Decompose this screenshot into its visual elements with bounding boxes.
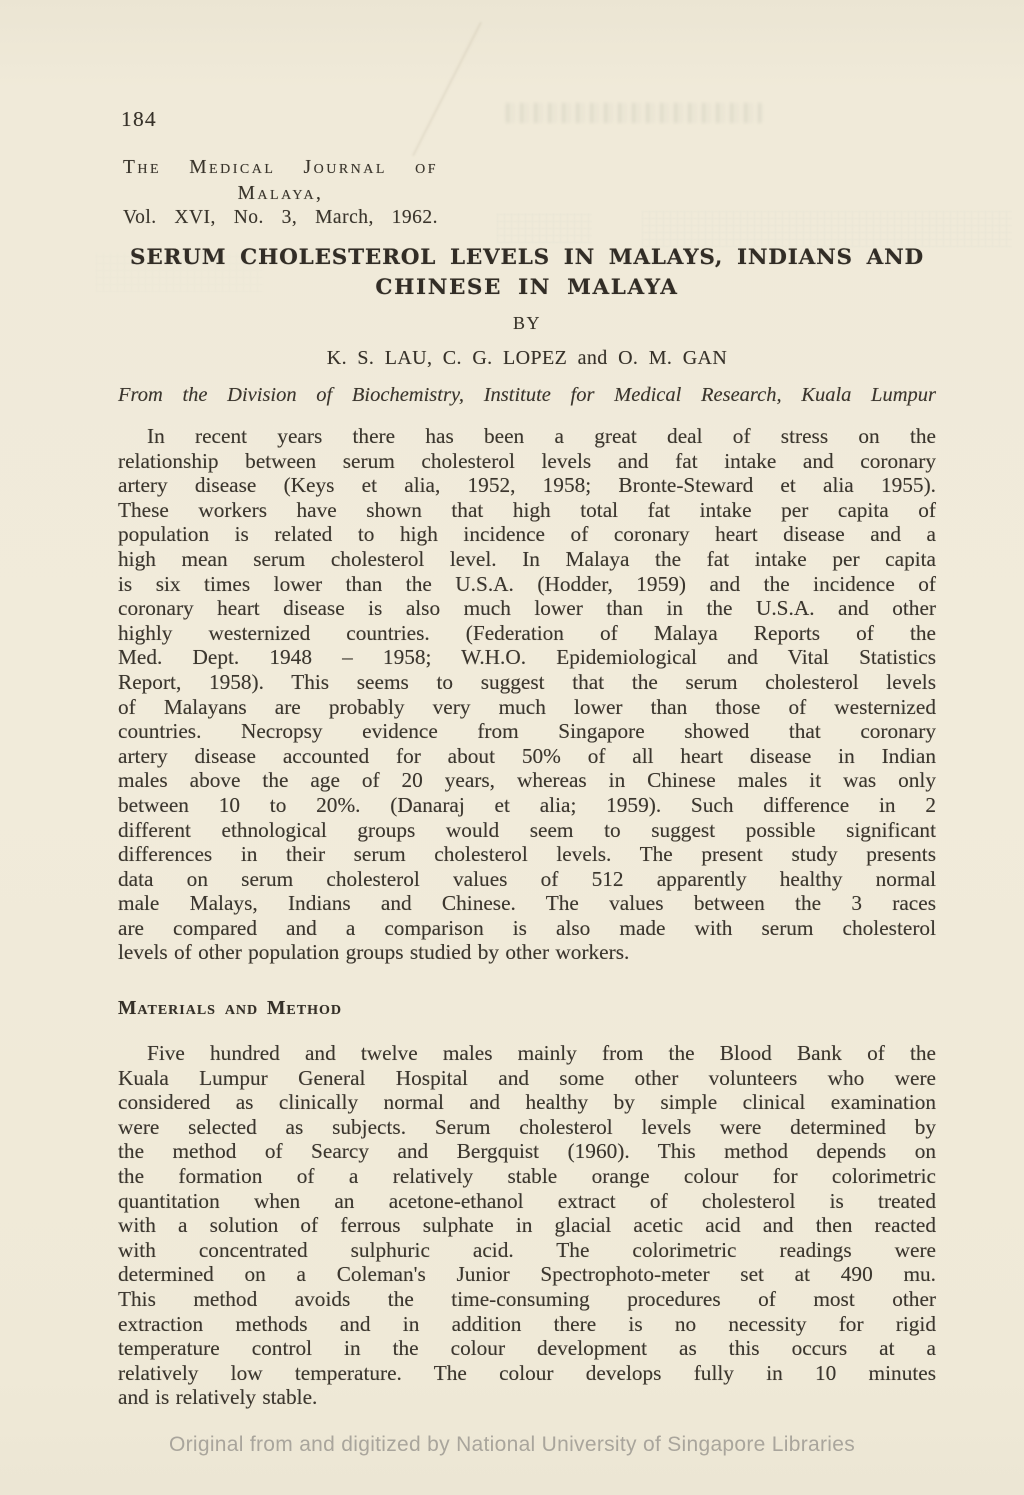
text-line: determined on a Coleman's Junior Spectro… — [118, 1262, 936, 1287]
article-title-line2: CHINESE IN MALAYA — [130, 273, 924, 303]
text-line: and is relatively stable. — [118, 1385, 936, 1410]
text-line: population is related to high incidence … — [118, 522, 936, 547]
paper-crease-artifact — [412, 22, 482, 157]
show-through-table-artifact — [497, 213, 592, 243]
text-line: relationship between serum cholesterol l… — [118, 449, 936, 474]
text-line: the formation of a relatively stable ora… — [118, 1164, 936, 1189]
text-line: countries. Necropsy evidence from Singap… — [118, 719, 936, 744]
text-line: high mean serum cholesterol level. In Ma… — [118, 547, 936, 572]
text-line: Kuala Lumpur General Hospital and some o… — [118, 1066, 936, 1091]
text-line: differences in their serum cholesterol l… — [118, 842, 936, 867]
text-line: extraction methods and in addition there… — [118, 1312, 936, 1337]
article-title: SERUM CHOLESTEROL LEVELS IN MALAYS, INDI… — [130, 243, 924, 303]
text-line: data on serum cholesterol values of 512 … — [118, 867, 936, 892]
text-line: is six times lower than the U.S.A. (Hodd… — [118, 572, 936, 597]
introduction-paragraph: In recent years there has been a great d… — [118, 424, 936, 965]
scanned-journal-page: 184 The Medical Journal of Malaya, Vol. … — [0, 0, 1024, 1495]
journal-name-line1: The Medical Journal of — [123, 156, 438, 180]
journal-name-line2: Malaya, — [123, 182, 438, 206]
text-line: quantitation when an acetone-ethanol ext… — [118, 1189, 936, 1214]
text-line: levels of other population groups studie… — [118, 940, 936, 965]
show-through-table-artifact — [642, 211, 1012, 247]
text-line: different ethnological groups would seem… — [118, 818, 936, 843]
text-line: are compared and a comparison is also ma… — [118, 916, 936, 941]
text-line: male Malays, Indians and Chinese. The va… — [118, 891, 936, 916]
page-number: 184 — [121, 107, 157, 132]
text-line: artery disease (Keys et alia, 1952, 1958… — [118, 473, 936, 498]
text-line: highly westernized countries. (Federatio… — [118, 621, 936, 646]
text-line: This method avoids the time-consuming pr… — [118, 1287, 936, 1312]
text-line: relatively low temperature. The colour d… — [118, 1361, 936, 1386]
text-line: artery disease accounted for about 50% o… — [118, 744, 936, 769]
show-through-text-artifact — [506, 103, 762, 123]
text-line: males above the age of 20 years, whereas… — [118, 768, 936, 793]
journal-header: The Medical Journal of Malaya, Vol. XVI,… — [123, 156, 438, 230]
text-line: coronary heart disease is also much lowe… — [118, 596, 936, 621]
text-line: of Malayans are probably very much lower… — [118, 695, 936, 720]
byline-label: BY — [118, 313, 936, 334]
text-line: In recent years there has been a great d… — [118, 424, 936, 449]
author-names: K. S. LAU, C. G. LOPEZ and O. M. GAN — [118, 347, 936, 370]
section-heading-materials-and-method: Materials and Method — [118, 998, 342, 1020]
text-line: temperature control in the colour develo… — [118, 1336, 936, 1361]
text-line: with a solution of ferrous sulphate in g… — [118, 1213, 936, 1238]
text-line: These workers have shown that high total… — [118, 498, 936, 523]
text-line: Med. Dept. 1948 – 1958; W.H.O. Epidemiol… — [118, 645, 936, 670]
text-line: were selected as subjects. Serum cholest… — [118, 1115, 936, 1140]
text-line: with concentrated sulphuric acid. The co… — [118, 1238, 936, 1263]
text-line: considered as clinically normal and heal… — [118, 1090, 936, 1115]
text-line: between 10 to 20%. (Danaraj et alia; 195… — [118, 793, 936, 818]
text-line: Report, 1958). This seems to suggest tha… — [118, 670, 936, 695]
journal-issue-line: Vol. XVI, No. 3, March, 1962. — [123, 206, 438, 230]
author-affiliation: From the Division of Biochemistry, Insti… — [118, 384, 936, 407]
article-title-line1: SERUM CHOLESTEROL LEVELS IN MALAYS, INDI… — [130, 243, 924, 273]
digitization-credit-footer: Original from and digitized by National … — [0, 1433, 1024, 1457]
text-line: Five hundred and twelve males mainly fro… — [118, 1041, 936, 1066]
materials-and-method-paragraph: Five hundred and twelve males mainly fro… — [118, 1041, 936, 1410]
text-line: the method of Searcy and Bergquist (1960… — [118, 1139, 936, 1164]
